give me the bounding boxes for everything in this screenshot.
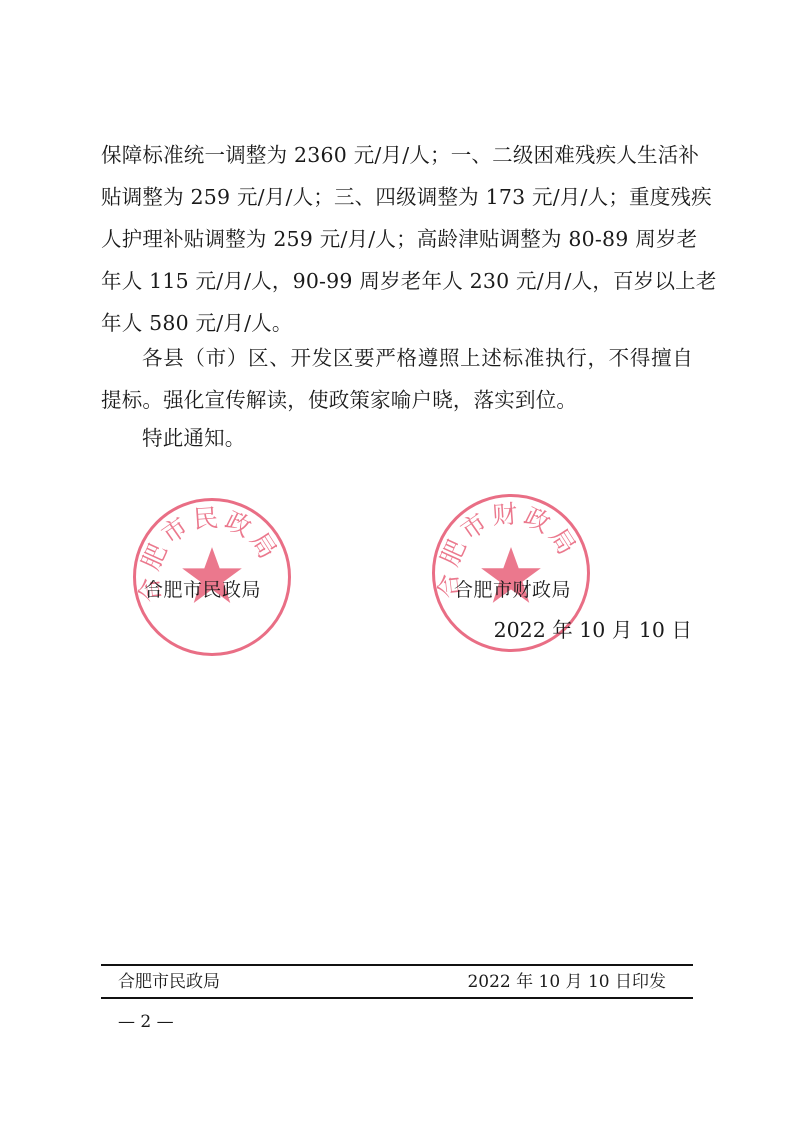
policy-paragraph-2: 各县（市）区、开发区要严格遵照上述标准执行，不得擅自 提标。强化宣传解读，使政策…: [101, 337, 693, 421]
footer-issue-date: 2022 年 10 月 10 日印发: [467, 970, 666, 994]
closing-text: 特此通知。: [101, 417, 693, 459]
paragraph-line: 贴调整为 259 元/月/人；三、四级调整为 173 元/月/人；重度残疾: [101, 176, 693, 218]
page-number: — 2 —: [118, 1010, 174, 1034]
footer-top-rule: [101, 964, 693, 966]
civil-affairs-seal: 合肥市民政局: [133, 498, 291, 656]
signature-finance: 合肥市财政局: [454, 578, 571, 602]
paragraph-line: 提标。强化宣传解读，使政策家喻户晓，落实到位。: [101, 379, 693, 421]
paragraph-line: 保障标准统一调整为 2360 元/月/人；一、二级困难残疾人生活补: [101, 134, 693, 176]
paragraph-line: 各县（市）区、开发区要严格遵照上述标准执行，不得擅自: [101, 337, 693, 379]
document-date: 2022 年 10 月 10 日: [494, 618, 692, 642]
closing-paragraph: 特此通知。: [101, 417, 693, 459]
signature-civil-affairs: 合肥市民政局: [144, 578, 261, 602]
footer-bottom-rule: [101, 997, 693, 999]
footer-issuer: 合肥市民政局: [118, 970, 220, 994]
paragraph-line: 年人 115 元/月/人，90-99 周岁老年人 230 元/月/人，百岁以上老: [101, 260, 693, 302]
document-page: 保障标准统一调整为 2360 元/月/人；一、二级困难残疾人生活补 贴调整为 2…: [0, 0, 793, 1122]
seal-star-icon: 合肥市民政局: [136, 501, 288, 653]
paragraph-line: 人护理补贴调整为 259 元/月/人；高龄津贴调整为 80-89 周岁老: [101, 218, 693, 260]
policy-paragraph-1: 保障标准统一调整为 2360 元/月/人；一、二级困难残疾人生活补 贴调整为 2…: [101, 134, 693, 344]
